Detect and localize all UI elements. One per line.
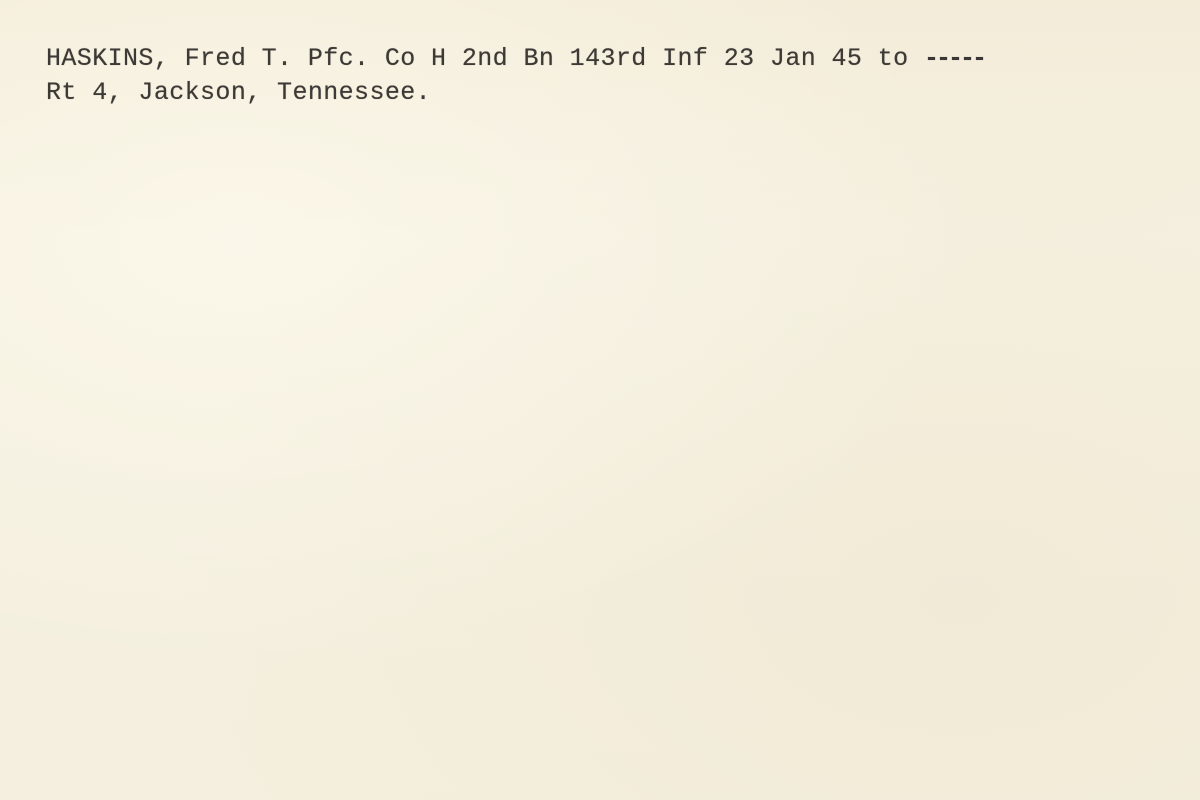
blank-dash-line: ----- xyxy=(924,44,984,73)
record-line-address: Rt 4, Jackson, Tennessee. xyxy=(46,78,431,107)
show-through-texture xyxy=(200,6,1100,20)
record-text: HASKINS, Fred T. Pfc. Co H 2nd Bn 143rd … xyxy=(46,44,909,73)
record-line-name-unit-date: HASKINS, Fred T. Pfc. Co H 2nd Bn 143rd … xyxy=(46,44,984,73)
address-text: Rt 4, Jackson, Tennessee. xyxy=(46,78,431,107)
index-card: HASKINS, Fred T. Pfc. Co H 2nd Bn 143rd … xyxy=(0,0,1200,800)
